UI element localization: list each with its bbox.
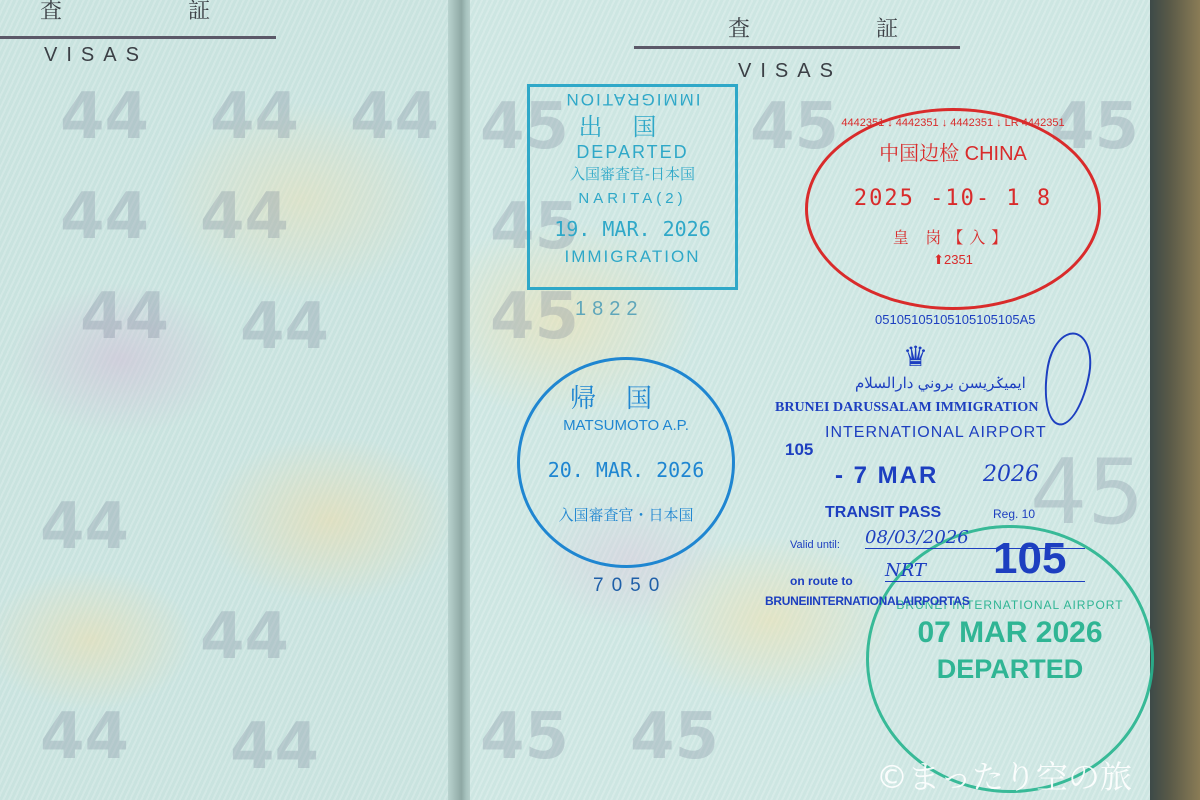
page-number-watermark: 44	[80, 280, 169, 354]
stamp-authority: 入国審査官-日本国	[530, 163, 735, 184]
stamp-pass-type: TRANSIT PASS	[825, 504, 941, 522]
stamp-date: 19. MAR. 2026	[530, 217, 735, 241]
stamp-side-number: 105	[785, 440, 799, 459]
stamp-kanji: 帰国	[520, 378, 732, 415]
valid-until-label: Valid until:	[790, 539, 840, 551]
page-number-watermark: 44	[40, 700, 129, 774]
visa-header-kanji: 査 証	[40, 0, 270, 25]
stamp-location: NARITA(2)	[530, 190, 735, 207]
china-entry-stamp: 4442351 ↓ 4442351 ↓ 4442351 ↓ LR 4442351…	[805, 108, 1101, 310]
page-number-watermark: 44	[210, 80, 299, 154]
page-number-watermark: 44	[200, 600, 289, 674]
stamp-subtitle: INTERNATIONAL AIRPORT	[825, 424, 1047, 442]
passport-page-left: 査 証 VISAS 44 44 44 44 44 44 44 44 44 44 …	[0, 0, 455, 800]
stamp-date: 07 MAR 2026	[869, 616, 1151, 650]
visa-header-label: VISAS	[44, 44, 148, 67]
page-number-watermark: 44	[350, 80, 439, 154]
brunei-transit-stamp: 05105105105105105105A5 ♛ ايميݢريسن بروني…	[755, 312, 1125, 612]
stamp-location: MATSUMOTO A.P.	[520, 417, 732, 434]
page-number-watermark: 44	[200, 180, 289, 254]
page-number-watermark: 44	[40, 490, 129, 564]
stamp-officer-number: 105	[993, 534, 1066, 584]
narita-departure-stamp: IMMIGRATION 出国 DEPARTED 入国審査官-日本国 NARITA…	[527, 84, 738, 290]
stamp-date: 2025 -10- 1 8	[808, 186, 1098, 211]
header-rule	[634, 46, 960, 49]
visa-header-kanji: 査 証	[728, 12, 958, 43]
stamp-year-handwritten: 2026	[983, 462, 1039, 487]
passport-cover-edge	[1150, 0, 1200, 800]
stamp-date: 20. MAR. 2026	[520, 458, 732, 482]
matsumoto-officer-number: 7050	[593, 575, 667, 597]
page-number-watermark: 44	[240, 290, 329, 364]
stamp-bottom-text: IMMIGRATION	[530, 247, 735, 267]
stamp-footer: BRUNEIINTERNATIONALAIRPORTAS	[765, 594, 969, 608]
matsumoto-return-stamp: 帰国 MATSUMOTO A.P. 20. MAR. 2026 入国審査官・日本…	[517, 357, 735, 568]
page-number-watermark: 44	[60, 180, 149, 254]
brunei-crest-icon: ♛	[903, 340, 928, 373]
stamp-top-text: IMMIGRATION	[530, 89, 735, 109]
page-number-watermark: 45	[490, 280, 579, 354]
stamp-authority: 入国審査官・日本国	[520, 504, 732, 525]
stamp-regulation: Reg. 10	[993, 507, 1035, 521]
stamp-status: DEPARTED	[869, 654, 1151, 685]
stamp-ring-text: 4442351 ↓ 4442351 ↓ 4442351 ↓ LR 4442351	[808, 117, 1098, 129]
page-number-watermark: 44	[60, 80, 149, 154]
header-rule	[0, 36, 276, 39]
signature-loop	[1037, 329, 1097, 429]
stamp-status: DEPARTED	[530, 142, 735, 163]
page-number-watermark: 44	[230, 710, 319, 784]
stamp-title: 中国边检 CHINA	[808, 137, 1098, 166]
on-route-label: on route to	[790, 574, 853, 588]
stamp-authority: BRUNEI DARUSSALAM IMMIGRATION	[775, 400, 1038, 416]
page-number-watermark: 45	[630, 700, 719, 774]
stamp-date: - 7 MAR	[835, 462, 938, 490]
page-number-watermark: 45	[480, 700, 569, 774]
stamp-kanji: 出国	[530, 107, 735, 142]
copyright-watermark: ©まったり空の旅	[876, 752, 1132, 798]
narita-officer-number: 1822	[575, 298, 644, 321]
visa-header-label: VISAS	[738, 60, 842, 83]
stamp-arabic-text: ايميݢريسن بروني دارالسلام	[855, 374, 1026, 392]
stamp-port: 皇 岗【入】	[808, 225, 1098, 248]
stamp-serial: 05105105105105105105A5	[875, 312, 1036, 327]
stamp-code: ⬆2351	[808, 252, 1098, 268]
